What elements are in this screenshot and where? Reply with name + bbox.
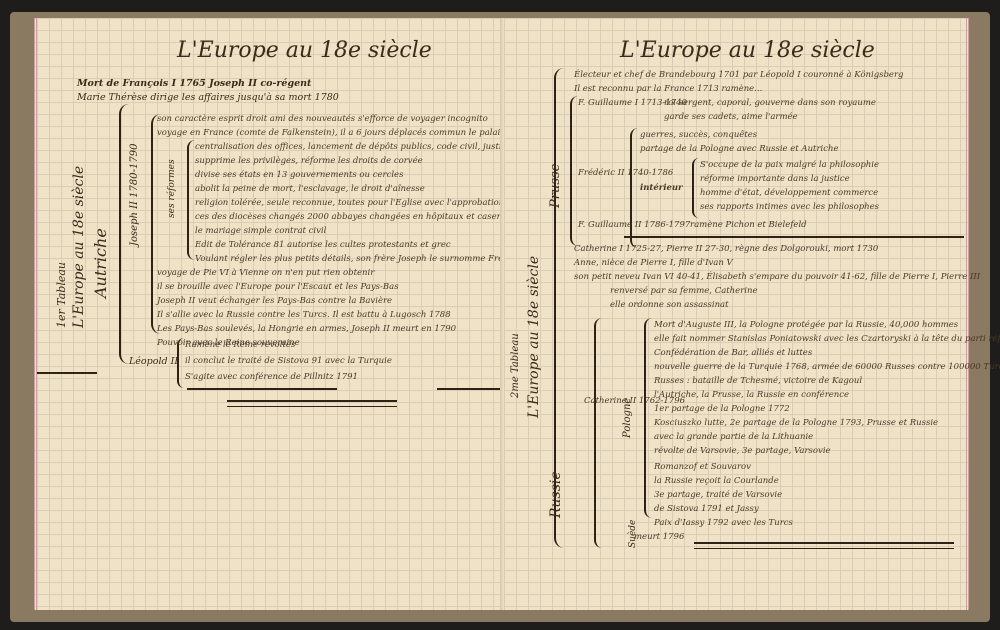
text-line: guerres, succès, conquêtes bbox=[640, 130, 757, 140]
divider bbox=[624, 236, 964, 238]
divider bbox=[187, 388, 337, 390]
fw2-label: F. Guillaume II 1786-1797 bbox=[578, 220, 690, 230]
text-line: voyage de Pie VI à Vienne on n'en put ri… bbox=[157, 268, 374, 278]
pologne-label: Pologne bbox=[622, 398, 633, 438]
text-line: 1er partage de la Pologne 1772 bbox=[654, 404, 790, 414]
right-page-title: L'Europe au 18e siècle bbox=[620, 38, 875, 63]
text-line: avec la grande partie de la Lithuanie bbox=[654, 432, 813, 442]
text-line: le mariage simple contrat civil bbox=[195, 226, 326, 236]
text-line: Catherine I 1725-27, Pierre II 27-30, rè… bbox=[574, 244, 878, 254]
text-line: de Sistova 1791 et Jassy bbox=[654, 504, 759, 514]
text-line: Ramène le Reine révoltés bbox=[185, 340, 295, 350]
text-line: Électeur et chef de Brandebourg 1701 par… bbox=[574, 70, 903, 80]
text-line: meurt 1796 bbox=[634, 532, 684, 542]
divider bbox=[437, 388, 507, 390]
text-line: nouvelle guerre de la Turquie 1768, armé… bbox=[654, 362, 1000, 372]
margin-label-tableau: 1er Tableau bbox=[55, 262, 68, 328]
text-line: Joseph II veut échanger les Pays-Bas con… bbox=[157, 296, 392, 306]
text-line: supprime les privilèges, réforme les dro… bbox=[195, 156, 423, 166]
text-line: garde ses cadets, aime l'armée bbox=[664, 112, 798, 122]
text-line: Kosciuszko lutte, 2e partage de la Polog… bbox=[654, 418, 938, 428]
text-line: ces des diocèses changés 2000 abbayes ch… bbox=[195, 212, 516, 222]
brace-interieur bbox=[692, 158, 699, 218]
section-russie: Russie bbox=[548, 471, 564, 518]
text-line: religion tolérée, seule reconnue, toutes… bbox=[195, 198, 534, 208]
text-line: Romanzof et Souvarov bbox=[654, 462, 751, 472]
brace-pologne bbox=[644, 318, 652, 518]
text-line: l'Autriche, la Prusse, la Russie en conf… bbox=[654, 390, 849, 400]
text-line: 3e partage, traité de Varsovie bbox=[654, 490, 782, 500]
double-divider bbox=[227, 400, 397, 407]
text-line: homme d'état, développement commerce bbox=[700, 188, 878, 198]
section-prusse: Prusse bbox=[548, 164, 563, 208]
text-line: réforme importante dans la justice bbox=[700, 174, 850, 184]
text-line: Les Pays-Bas soulevés, la Hongrie en arm… bbox=[157, 324, 456, 334]
text-line: Il s'allie avec la Russie contre les Tur… bbox=[157, 310, 451, 320]
text-line: elle ordonne son assassinat bbox=[610, 300, 729, 310]
header-line-2: Marie Thérèse dirige les affaires jusqu'… bbox=[77, 92, 339, 103]
margin-label-title: L'Europe au 18e siècle bbox=[526, 256, 542, 418]
margin-label-title: L'Europe au 18e siècle bbox=[71, 166, 87, 328]
brace-autriche bbox=[119, 104, 129, 364]
left-page-title: L'Europe au 18e siècle bbox=[177, 38, 432, 63]
reforms-label: ses réformes bbox=[167, 159, 177, 218]
divider bbox=[37, 372, 97, 374]
text-line: ses rapports intimes avec les philosophe… bbox=[700, 202, 879, 212]
text-line: ramène Pichon et Bielefeld bbox=[690, 220, 807, 230]
joseph-label: Joseph II 1780-1790 bbox=[129, 144, 140, 246]
text-line: S'occupe de la paix malgré la philosophi… bbox=[700, 160, 879, 170]
text-line: elle fait nommer Stanislas Poniatowski a… bbox=[654, 334, 1000, 344]
text-line: révolte de Varsovie, 3e partage, Varsovi… bbox=[654, 446, 831, 456]
interieur-label: intérieur bbox=[640, 183, 683, 193]
text-line: la Russie reçoit la Courlande bbox=[654, 476, 779, 486]
text-line: Confédération de Bar, alliés et luttes bbox=[654, 348, 812, 358]
text-line: centralisation des offices, lancement de… bbox=[195, 142, 549, 152]
text-line: Il est reconnu par la France 1713 ramène… bbox=[574, 84, 762, 94]
margin-label-tableau: 2me Tableau bbox=[510, 333, 521, 398]
left-page: L'Europe au 18e siècle Mort de François … bbox=[34, 18, 507, 610]
brace-leopold bbox=[177, 338, 184, 388]
header-line-1: Mort de François I 1765 Joseph II co-rég… bbox=[77, 78, 311, 89]
brace-prusse bbox=[570, 96, 578, 246]
text-line: Mort d'Auguste III, la Pologne protégée … bbox=[654, 320, 958, 330]
text-line: abolit la peine de mort, l'esclavage, le… bbox=[195, 184, 425, 194]
text-line: partage de la Pologne avec Russie et Aut… bbox=[640, 144, 839, 154]
brace-reforms bbox=[187, 140, 195, 260]
text-line: son petit neveu Ivan VI 40-41, Élisabeth… bbox=[574, 272, 980, 282]
text-line: S'agite avec conférence de Pillnitz 1791 bbox=[185, 372, 358, 382]
right-page: L'Europe au 18e siècle 2me Tableau L'Eur… bbox=[504, 18, 969, 610]
text-line: voyage en France (comte de Falkenstein),… bbox=[157, 128, 556, 138]
double-divider bbox=[694, 542, 954, 549]
text-line: Anne, nièce de Pierre I, fille d'Ivan V bbox=[574, 258, 733, 268]
text-line: Russes : bataille de Tchesmé, victoire d… bbox=[654, 376, 862, 386]
brace-catherine bbox=[594, 318, 602, 548]
text-line: il se brouille avec l'Europe pour l'Esca… bbox=[157, 282, 399, 292]
frederic-label: Frédéric II 1740-1786 bbox=[578, 168, 673, 178]
text-line: il conclut le traité de Sistova 91 avec … bbox=[185, 356, 392, 366]
text-line: renversé par sa femme, Catherine bbox=[610, 286, 757, 296]
margin-label-autriche: Autriche bbox=[91, 228, 110, 298]
text-line: Paix d'Iassy 1792 avec les Turcs bbox=[654, 518, 793, 528]
text-line: Edit de Tolérance 81 autorise les cultes… bbox=[195, 240, 451, 250]
brace-frederic bbox=[630, 128, 638, 248]
text-line: son caractère esprit droit ami des nouve… bbox=[157, 114, 488, 124]
leopold-label: Léopold II bbox=[129, 356, 178, 367]
text-line: roi sergent, caporal, gouverne dans son … bbox=[664, 98, 876, 108]
text-line: divise ses états en 13 gouvernements ou … bbox=[195, 170, 403, 180]
